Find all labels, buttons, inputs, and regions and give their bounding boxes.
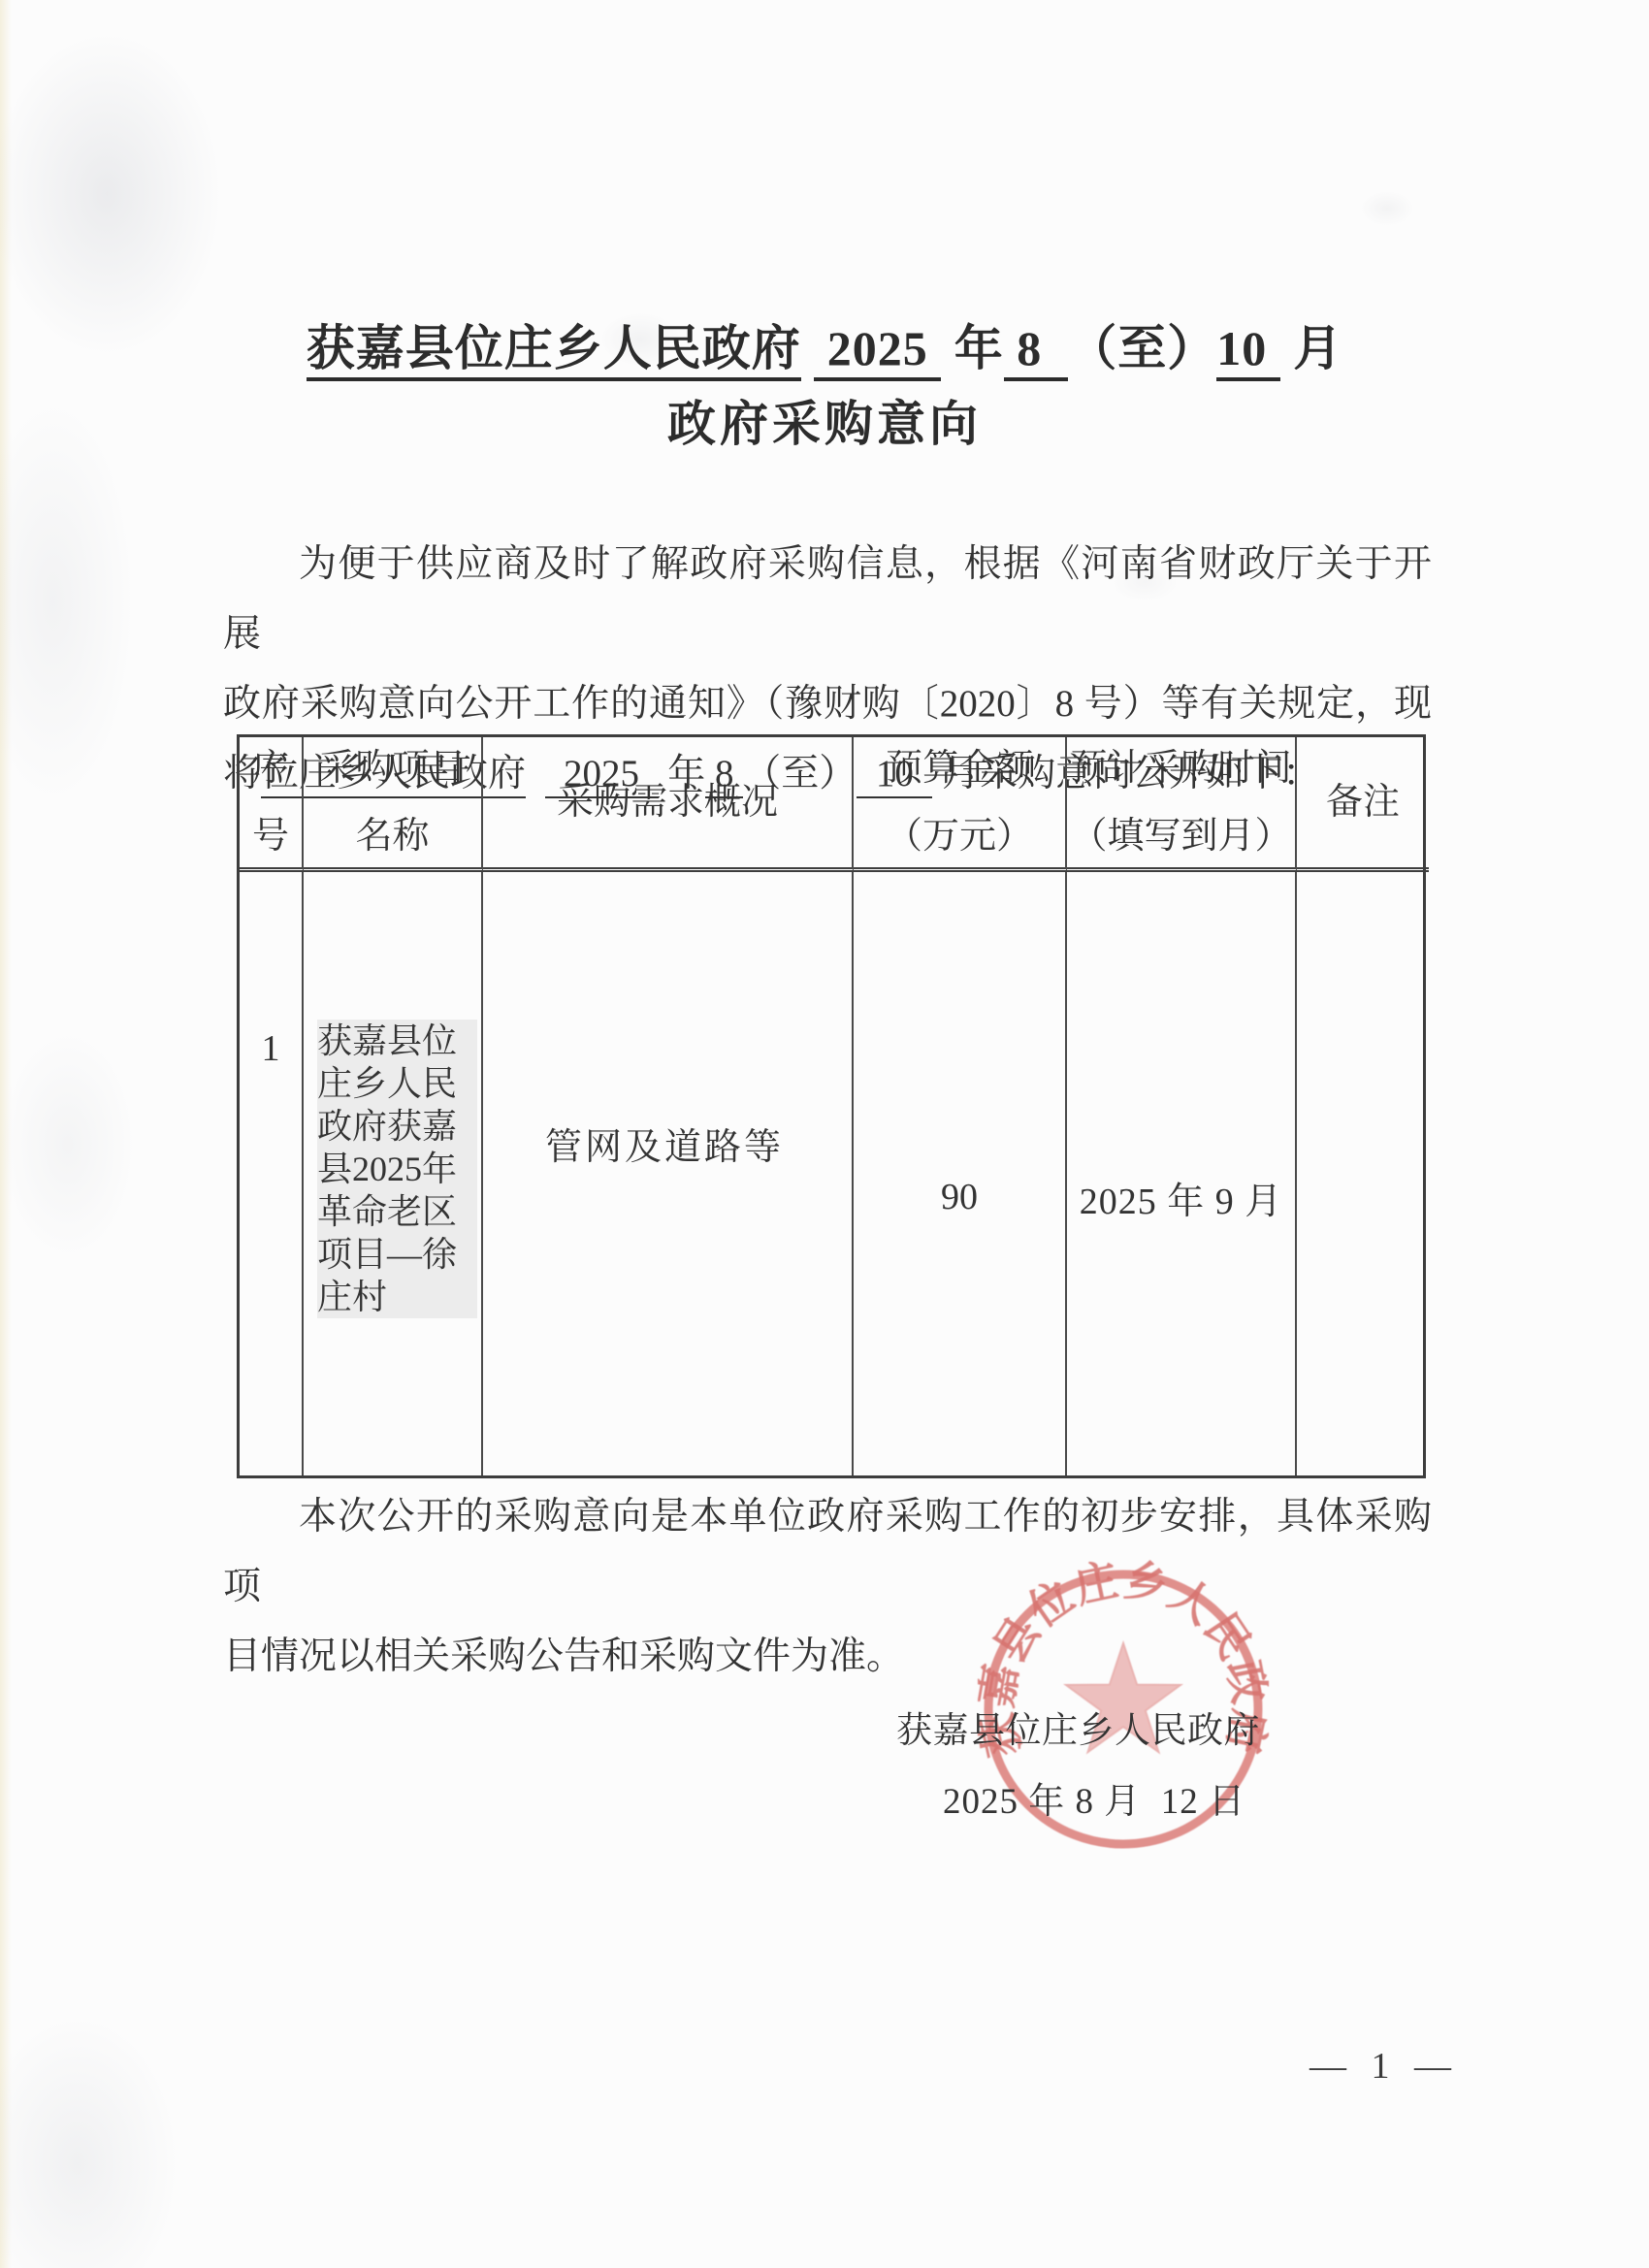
header-demand-summary: 采购需求概况	[483, 737, 854, 872]
table-row-budget: 90	[854, 872, 1067, 1475]
header-serial-number: 序 号	[240, 737, 304, 872]
serial-value: 1	[262, 1027, 280, 1070]
summary-value: 管网及道路等	[545, 1117, 784, 1170]
signature-date: 2025 年 8 月 12 日	[943, 1771, 1245, 1824]
table-row-remarks	[1297, 872, 1429, 1475]
header-text: 号	[252, 802, 289, 870]
header-text: 预算金额	[886, 734, 1033, 802]
title-start-month: 8	[1004, 321, 1069, 381]
title-year-suffix: 年	[941, 321, 1004, 375]
header-text: 采购需求概况	[557, 768, 778, 836]
header-text: （万元）	[886, 802, 1033, 870]
header-text: 预计采购时间	[1070, 734, 1291, 802]
procurement-table: 序 号 采购项目 名称 采购需求概况 预算金额 （万元） 预计采购时间 （填写到…	[237, 734, 1426, 1478]
time-value: 2025 年 9 月	[1080, 1171, 1283, 1224]
title-end-month: 10	[1216, 321, 1280, 381]
table-row-expected-time: 2025 年 9 月	[1067, 872, 1297, 1475]
title-space	[801, 321, 815, 375]
title-line1: 获嘉县位庄乡人民政府 2025 年 8 （至）10 月	[0, 322, 1649, 374]
title-month-suffix: 月	[1280, 321, 1343, 375]
header-text: 名称	[355, 802, 429, 870]
header-budget: 预算金额 （万元）	[854, 737, 1067, 872]
intro-line2: 政府采购意向公开工作的通知》（豫财购〔2020〕8 号）等有关规定，现	[223, 669, 1432, 739]
page-number: — 1 —	[1309, 2045, 1459, 2088]
title-line2: 政府采购意向	[0, 398, 1649, 450]
table-row-serial: 1	[240, 872, 304, 1475]
header-text: （填写到月）	[1070, 802, 1291, 870]
project-name-value: 获嘉县位庄乡人民政府获嘉县2025年革命老区项目—徐庄村	[317, 1020, 477, 1318]
header-expected-time: 预计采购时间 （填写到月）	[1067, 737, 1297, 872]
header-remarks: 备注	[1297, 737, 1429, 872]
title-to: （至）	[1068, 321, 1216, 375]
header-project-name: 采购项目 名称	[304, 737, 483, 872]
header-text: 采购项目	[318, 734, 466, 802]
signature-org: 获嘉县位庄乡人民政府	[896, 1701, 1260, 1753]
intro-line1: 为便于供应商及时了解政府采购信息，根据《河南省财政厅关于开展	[223, 530, 1432, 669]
budget-value: 90	[941, 1176, 978, 1218]
table-row-project-name: 获嘉县位庄乡人民政府获嘉县2025年革命老区项目—徐庄村	[304, 872, 483, 1475]
header-text: 序	[252, 734, 289, 802]
document-title: 获嘉县位庄乡人民政府 2025 年 8 （至）10 月 政府采购意向	[0, 322, 1649, 450]
header-text: 备注	[1326, 768, 1400, 836]
title-org: 获嘉县位庄乡人民政府	[307, 321, 801, 381]
title-year: 2025	[814, 321, 941, 381]
table-row-demand-summary: 管网及道路等	[483, 872, 854, 1475]
